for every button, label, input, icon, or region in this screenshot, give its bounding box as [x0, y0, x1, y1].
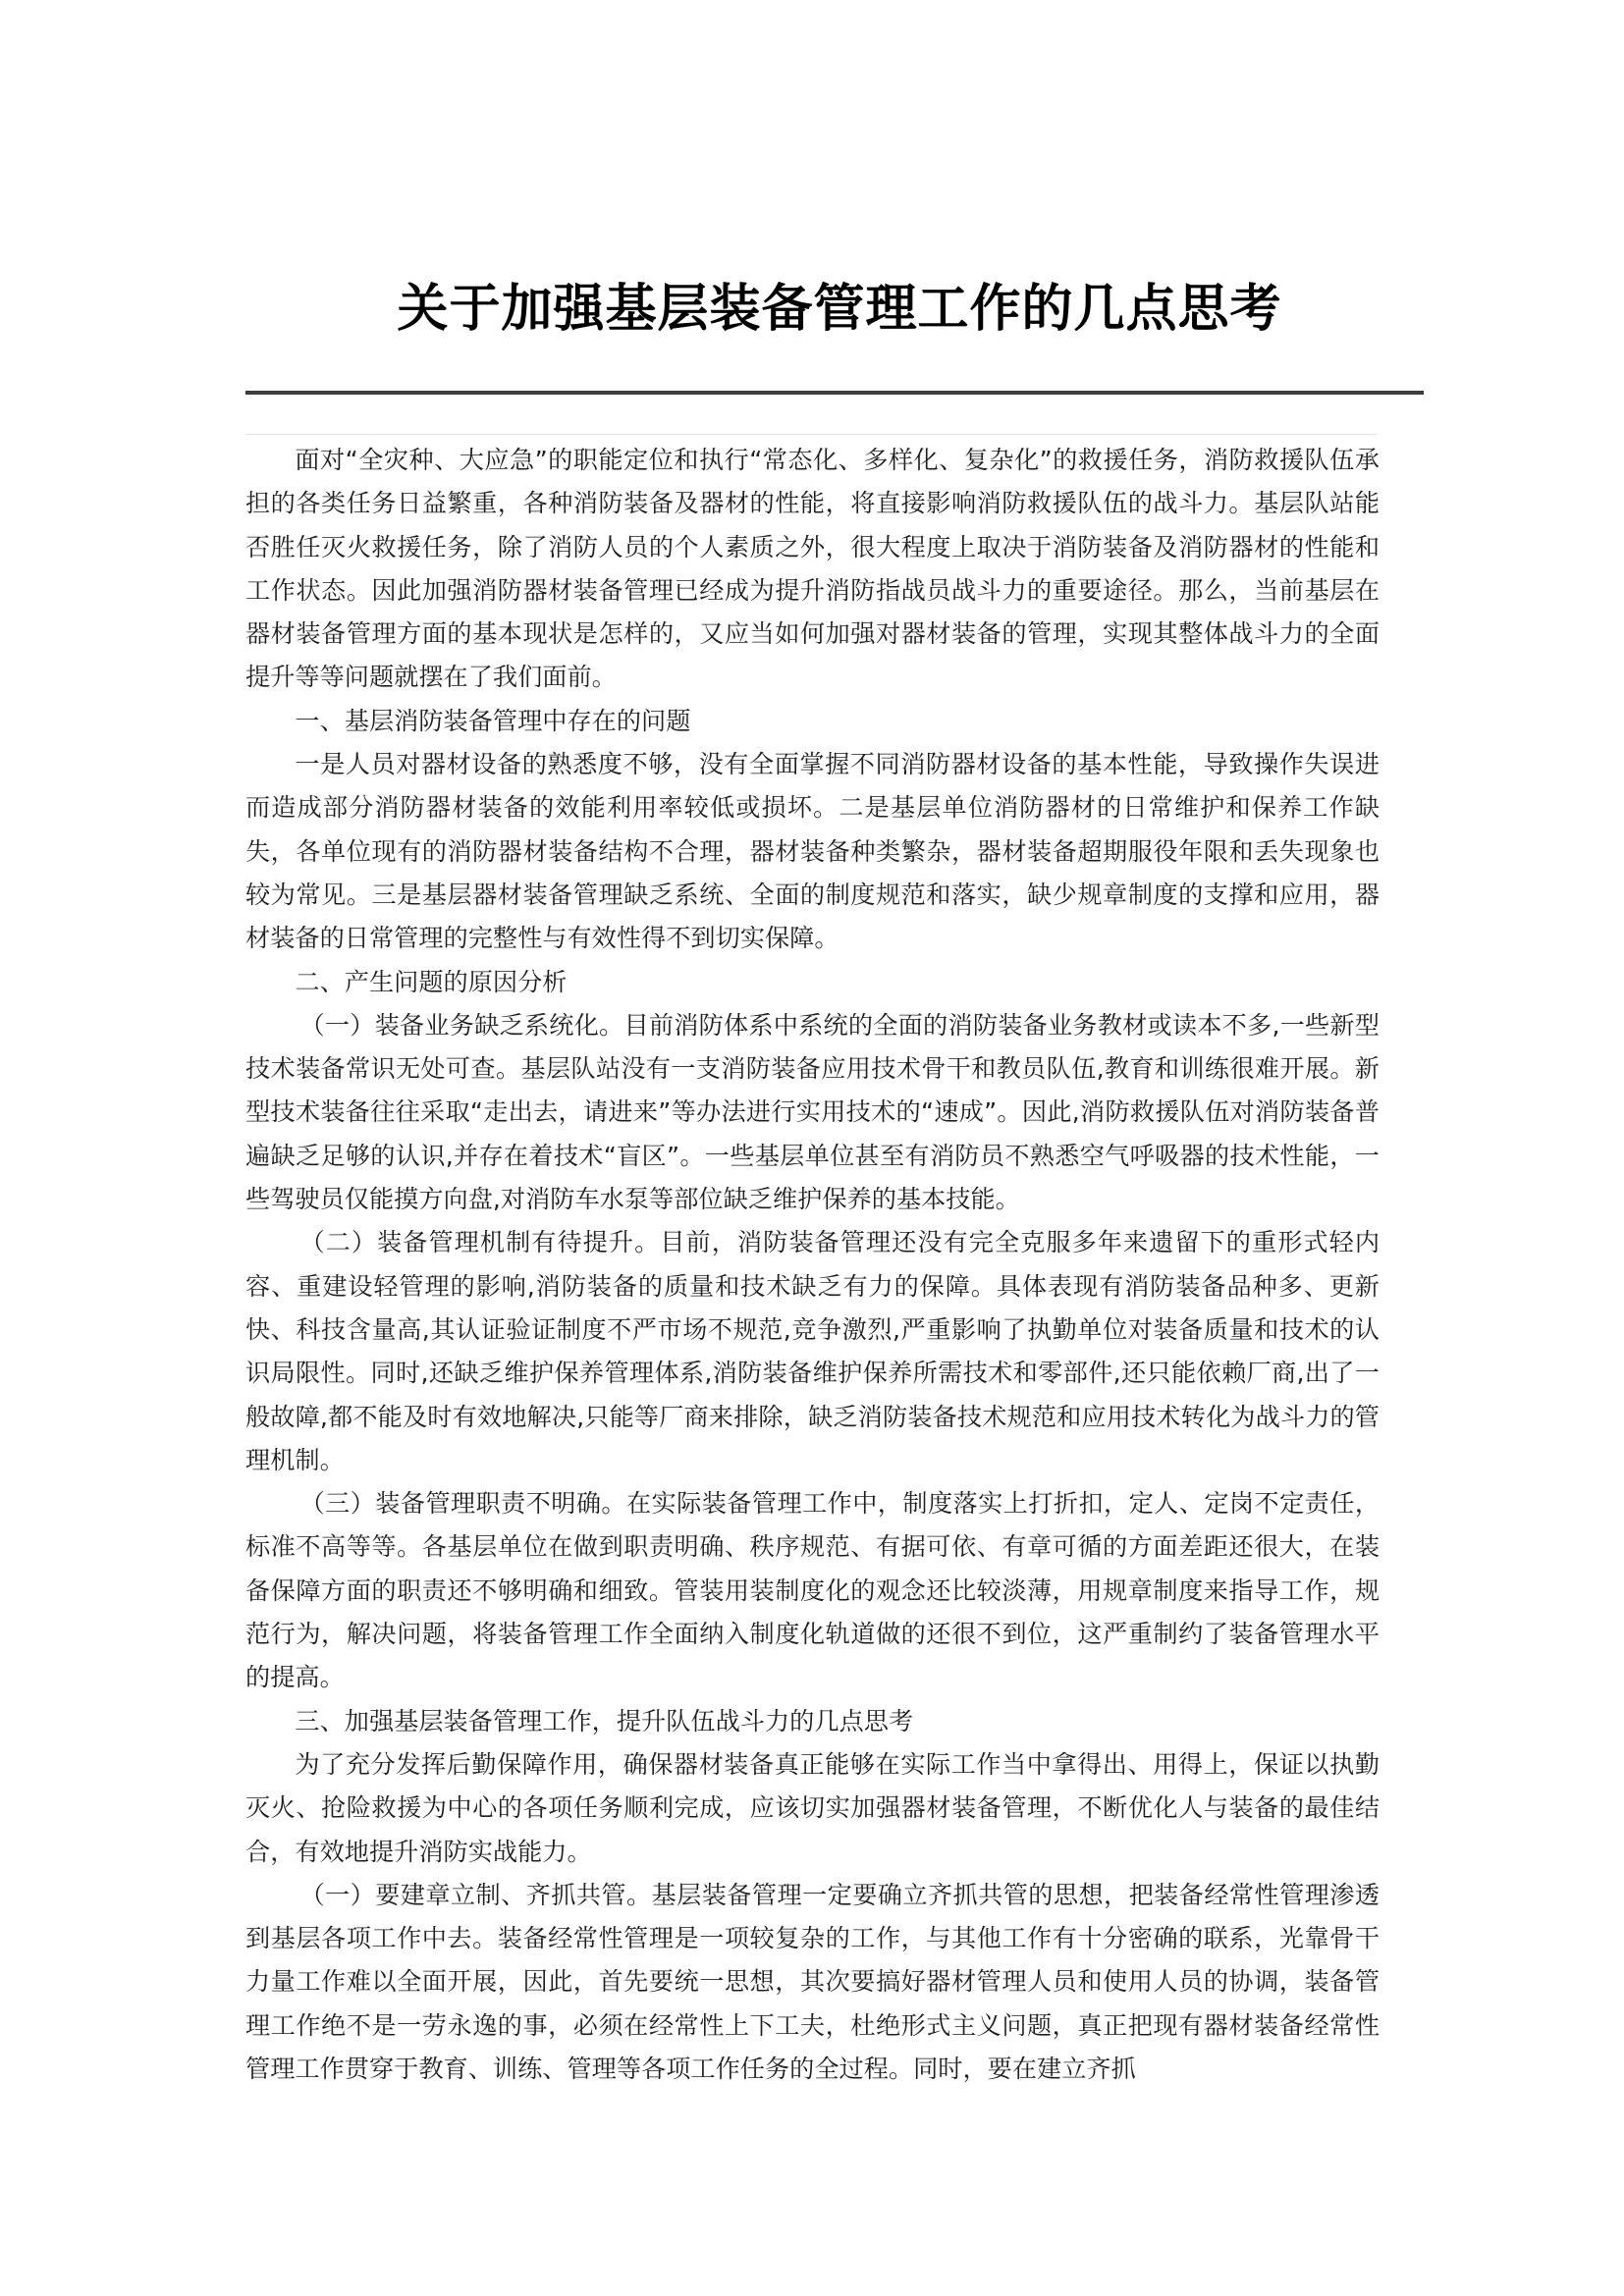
header-rule — [245, 434, 1378, 435]
intro-paragraph: 面对“全灾种、大应急”的职能定位和执行“常态化、多样化、复杂化”的救援任务，消防… — [245, 439, 1380, 700]
section-heading-1: 一、基层消防装备管理中存在的问题 — [245, 700, 1380, 743]
paragraph-problems: 一是人员对器材设备的熟悉度不够，没有全面掌握不同消防器材设备的基本性能，导致操作… — [245, 743, 1380, 960]
document-title: 关于加强基层装备管理工作的几点思考 — [245, 277, 1434, 342]
subparagraph-cause-2: （二）装备管理机制有待提升。目前，消防装备管理还没有完全克服多年来遗留下的重形式… — [245, 1221, 1380, 1482]
section-heading-3: 三、加强基层装备管理工作，提升队伍战斗力的几点思考 — [245, 1700, 1380, 1743]
document-body: 面对“全灾种、大应急”的职能定位和执行“常态化、多样化、复杂化”的救援任务，消防… — [245, 439, 1380, 2091]
title-divider — [245, 391, 1424, 395]
subparagraph-cause-3: （三）装备管理职责不明确。在实际装备管理工作中，制度落实上打折扣，定人、定岗不定… — [245, 1482, 1380, 1699]
document-page: 关于加强基层装备管理工作的几点思考 面对“全灾种、大应急”的职能定位和执行“常态… — [0, 0, 1624, 2296]
paragraph-measures-intro: 为了充分发挥后勤保障作用，确保器材装备真正能够在实际工作当中拿得出、用得上，保证… — [245, 1743, 1380, 1874]
section-heading-2: 二、产生问题的原因分析 — [245, 961, 1380, 1004]
subparagraph-cause-1: （一）装备业务缺乏系统化。目前消防体系中系统的全面的消防装备业务教材或读本不多,… — [245, 1004, 1380, 1221]
subparagraph-measure-1: （一）要建章立制、齐抓共管。基层装备管理一定要确立齐抓共管的思想，把装备经常性管… — [245, 1874, 1380, 2091]
